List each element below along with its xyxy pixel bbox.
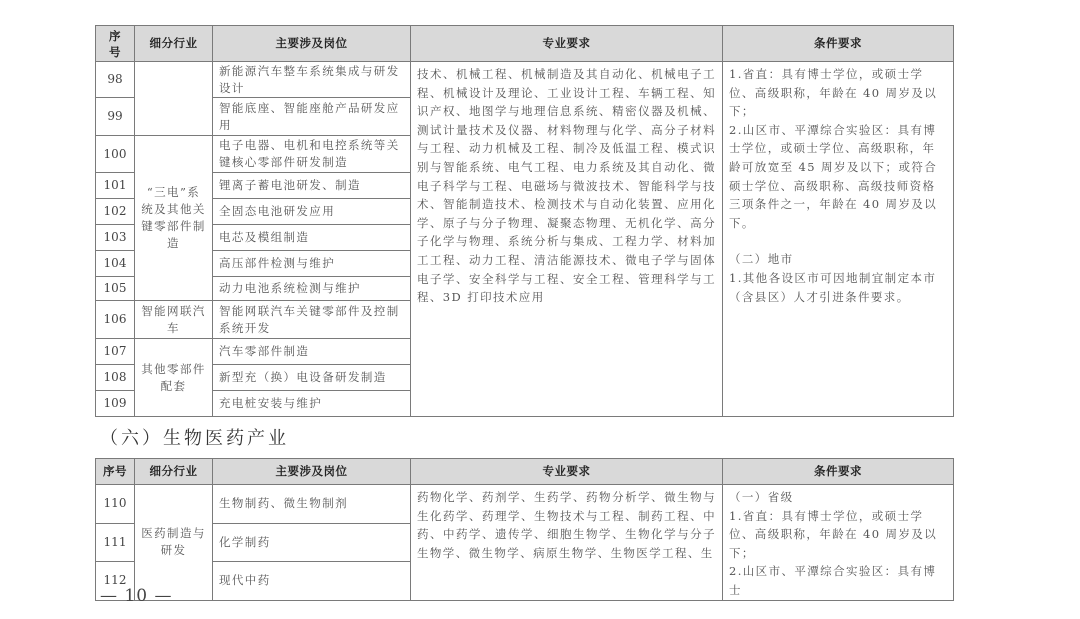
seq-cell: 109 [96, 391, 135, 417]
condition-heading: （二）地市 [729, 252, 794, 266]
position-cell: 全固态电池研发应用 [213, 199, 411, 225]
position-cell: 智能网联汽车关键零部件及控制系统开发 [213, 301, 411, 339]
seq-cell: 100 [96, 136, 135, 173]
condition-line: 1.省直：具有博士学位，或硕士学位、高级职称，年龄在 40 周岁及以下； [729, 509, 937, 560]
header-positions: 主要涉及岗位 [213, 26, 411, 62]
header-majors: 专业要求 [411, 26, 723, 62]
seq-cell: 98 [96, 62, 135, 98]
category-cell-empty [135, 62, 213, 136]
header-conditions: 条件要求 [723, 26, 954, 62]
page-number: — 10 — [100, 586, 172, 606]
position-cell: 新能源汽车整车系统集成与研发设计 [213, 62, 411, 98]
condition-line: 1.其他各设区市可因地制宜制定本市（含县区）人才引进条件要求。 [729, 271, 936, 304]
header-seq: 序号 [96, 459, 135, 485]
header-conditions: 条件要求 [723, 459, 954, 485]
position-cell: 动力电池系统检测与维护 [213, 277, 411, 301]
section-title: （六）生物医药产业 [100, 424, 289, 450]
table-header-row: 序号 细分行业 主要涉及岗位 专业要求 条件要求 [96, 459, 954, 485]
header-positions: 主要涉及岗位 [213, 459, 411, 485]
position-cell: 锂离子蓄电池研发、制造 [213, 173, 411, 199]
condition-line: 2.山区市、平潭综合实验区：具有博士学位，或硕士学位、高级职称，年龄可放宽至 4… [729, 123, 937, 230]
header-category: 细分行业 [135, 459, 213, 485]
condition-heading: （一）省级 [729, 490, 794, 504]
category-cell: “三电”系统及其他关键零部件制造 [135, 136, 213, 301]
table-row: 110 医药制造与研发 生物制药、微生物制剂 药物化学、药剂学、生药学、药物分析… [96, 485, 954, 524]
header-category: 细分行业 [135, 26, 213, 62]
header-seq: 序号 [96, 26, 135, 62]
seq-cell: 99 [96, 98, 135, 136]
seq-cell: 108 [96, 365, 135, 391]
conditions-cell: （一）省级 1.省直：具有博士学位，或硕士学位、高级职称，年龄在 40 周岁及以… [723, 485, 954, 601]
talent-table-biomedicine: 序号 细分行业 主要涉及岗位 专业要求 条件要求 110 医药制造与研发 生物制… [95, 458, 954, 601]
position-cell: 高压部件检测与维护 [213, 251, 411, 277]
category-cell: 智能网联汽车 [135, 301, 213, 339]
condition-line: 1.省直：具有博士学位，或硕士学位、高级职称，年龄在 40 周岁及以下； [729, 67, 937, 118]
seq-cell: 110 [96, 485, 135, 524]
category-cell: 医药制造与研发 [135, 485, 213, 601]
position-cell: 汽车零部件制造 [213, 339, 411, 365]
seq-cell: 104 [96, 251, 135, 277]
header-majors: 专业要求 [411, 459, 723, 485]
seq-cell: 101 [96, 173, 135, 199]
condition-line: 2.山区市、平潭综合实验区：具有博士 [729, 564, 936, 597]
position-cell: 智能底座、智能座舱产品研发应用 [213, 98, 411, 136]
seq-cell: 103 [96, 225, 135, 251]
seq-cell: 107 [96, 339, 135, 365]
seq-cell: 105 [96, 277, 135, 301]
position-cell: 电子电器、电机和电控系统等关键核心零部件研发制造 [213, 136, 411, 173]
seq-cell: 106 [96, 301, 135, 339]
category-cell: 其他零部件配套 [135, 339, 213, 417]
position-cell: 化学制药 [213, 523, 411, 562]
majors-cell: 药物化学、药剂学、生药学、药物分析学、微生物与生化药学、药理学、生物技术与工程、… [411, 485, 723, 601]
conditions-cell: 1.省直：具有博士学位，或硕士学位、高级职称，年龄在 40 周岁及以下； 2.山… [723, 62, 954, 417]
seq-cell: 111 [96, 523, 135, 562]
position-cell: 电芯及模组制造 [213, 225, 411, 251]
position-cell: 新型充（换）电设备研发制造 [213, 365, 411, 391]
talent-table-auto-industry: 序号 细分行业 主要涉及岗位 专业要求 条件要求 98 新能源汽车整车系统集成与… [95, 25, 954, 417]
table-header-row: 序号 细分行业 主要涉及岗位 专业要求 条件要求 [96, 26, 954, 62]
position-cell: 生物制药、微生物制剂 [213, 485, 411, 524]
table-row: 98 新能源汽车整车系统集成与研发设计 技术、机械工程、机械制造及其自动化、机械… [96, 62, 954, 98]
position-cell: 现代中药 [213, 562, 411, 601]
position-cell: 充电桩安装与维护 [213, 391, 411, 417]
majors-cell: 技术、机械工程、机械制造及其自动化、机械电子工程、机械设计及理论、工业设计工程、… [411, 62, 723, 417]
seq-cell: 102 [96, 199, 135, 225]
